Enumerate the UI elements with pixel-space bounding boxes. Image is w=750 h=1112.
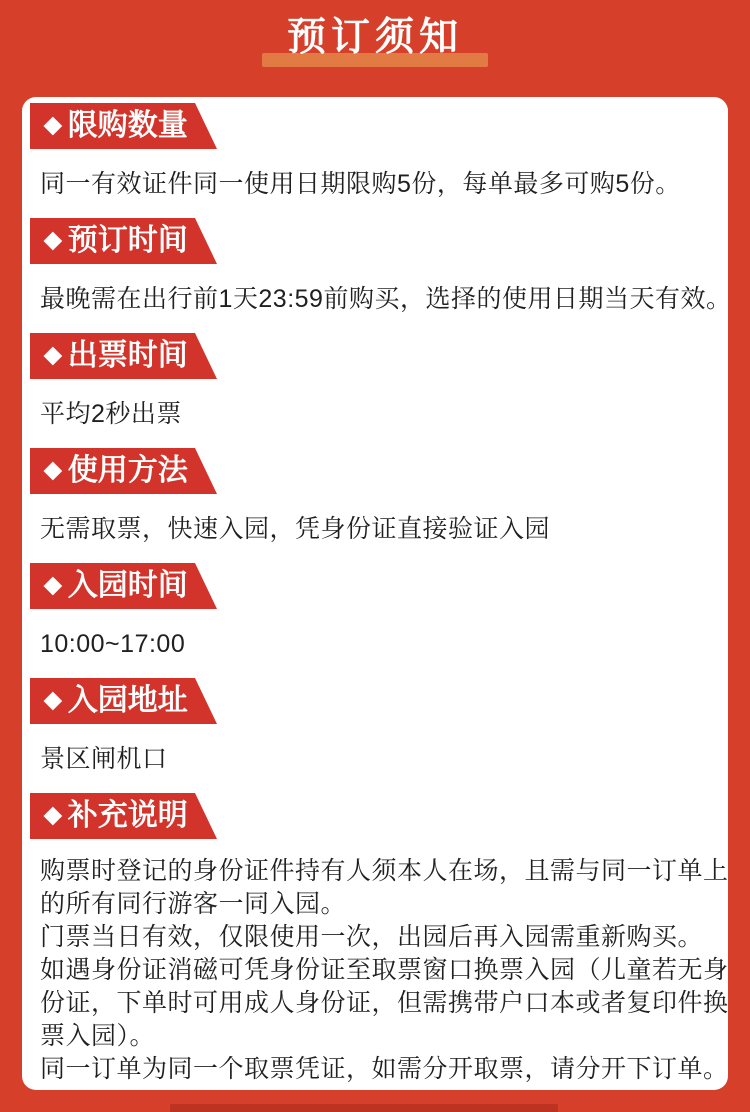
section-body-text: 份证，下单时可用成人身份证，但需携带户口本或者复印件换 [40, 987, 728, 1020]
section-banner: ◆入园时间 [30, 563, 217, 609]
section-title: 补充说明 [68, 799, 188, 832]
section-title: 限购数量 [68, 109, 188, 142]
section-ticket-issue-time: ◆出票时间 平均2秒出票 [22, 333, 728, 428]
section-banner: ◆出票时间 [30, 333, 217, 379]
section-title: 出票时间 [68, 339, 188, 372]
section-banner: ◆预订时间 [30, 218, 217, 264]
section-title: 使用方法 [68, 454, 188, 487]
section-entry-time: ◆入园时间 10:00~17:00 [22, 563, 728, 658]
diamond-bullet-icon: ◆ [44, 801, 62, 827]
section-body-text: 同一有效证件同一使用日期限购5份，每单最多可购5份。 [40, 170, 728, 198]
next-section-banner-peek [170, 1104, 558, 1112]
section-body-text: 如遇身份证消磁可凭身份证至取票窗口换票入园（儿童若无身 [40, 954, 728, 987]
section-body-text: 平均2秒出票 [40, 400, 728, 428]
section-entry-address: ◆入园地址 景区闸机口 [22, 678, 728, 773]
section-supplementary-notes: ◆补充说明 购票时登记的身份证件持有人须本人在场，且需与同一订单上 的所有同行游… [22, 793, 728, 1086]
diamond-bullet-icon: ◆ [44, 341, 62, 367]
diamond-bullet-icon: ◆ [44, 686, 62, 712]
section-body-text: 票入园）。 [40, 1020, 728, 1053]
section-body-text: 的所有同行游客一同入园。 [40, 888, 728, 921]
section-purchase-limit: ◆限购数量 同一有效证件同一使用日期限购5份，每单最多可购5份。 [22, 103, 728, 198]
section-body-text: 无需取票，快速入园，凭身份证直接验证入园 [40, 515, 728, 543]
section-banner: ◆入园地址 [30, 678, 217, 724]
section-title: 入园时间 [68, 569, 188, 602]
section-banner: ◆限购数量 [30, 103, 217, 149]
section-body-text: 10:00~17:00 [40, 630, 728, 658]
section-banner: ◆使用方法 [30, 448, 217, 494]
section-title: 预订时间 [68, 224, 188, 257]
section-usage-method: ◆使用方法 无需取票，快速入园，凭身份证直接验证入园 [22, 448, 728, 543]
section-body-text: 景区闸机口 [40, 745, 728, 773]
section-body-text: 门票当日有效，仅限使用一次，出园后再入园需重新购买。 [40, 921, 728, 954]
diamond-bullet-icon: ◆ [44, 571, 62, 597]
notice-card: ◆限购数量 同一有效证件同一使用日期限购5份，每单最多可购5份。 ◆预订时间 最… [22, 97, 728, 1090]
section-body-text: 同一订单为同一个取票凭证，如需分开取票，请分开下订单。 [40, 1053, 728, 1086]
section-body-text: 购票时登记的身份证件持有人须本人在场，且需与同一订单上 [40, 855, 728, 888]
section-banner: ◆补充说明 [30, 793, 217, 839]
diamond-bullet-icon: ◆ [44, 226, 62, 252]
section-title: 入园地址 [68, 684, 188, 717]
diamond-bullet-icon: ◆ [44, 111, 62, 137]
section-body-text: 最晚需在出行前1天23:59前购买，选择的使用日期当天有效。 [40, 285, 728, 313]
diamond-bullet-icon: ◆ [44, 456, 62, 482]
section-booking-time: ◆预订时间 最晚需在出行前1天23:59前购买，选择的使用日期当天有效。 [22, 218, 728, 313]
page-header: 预订须知 [0, 0, 750, 97]
page-title: 预订须知 [0, 14, 750, 62]
supplementary-body: 购票时登记的身份证件持有人须本人在场，且需与同一订单上 的所有同行游客一同入园。… [22, 855, 728, 1086]
